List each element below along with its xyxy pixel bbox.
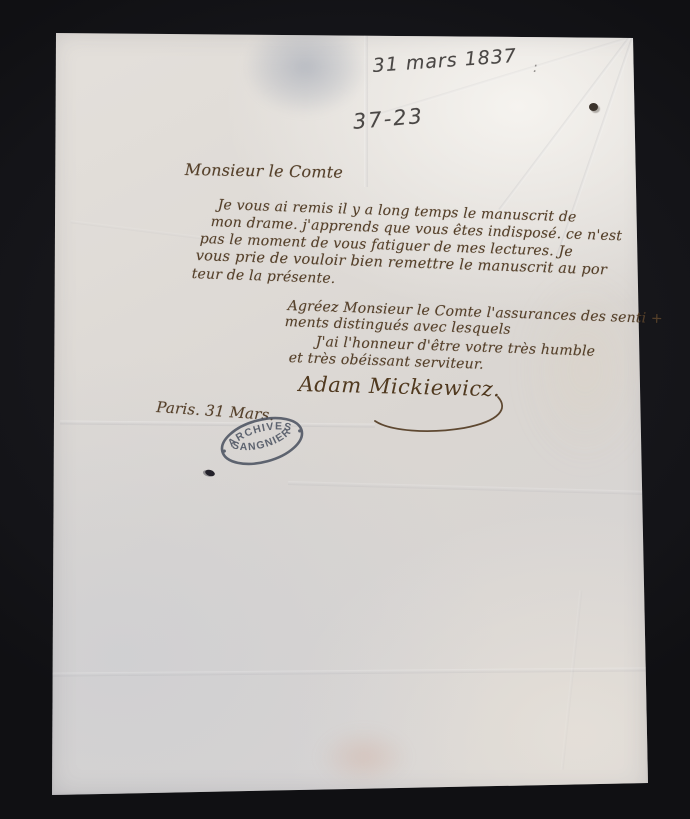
paper-edge-shading	[50, 30, 650, 796]
letter-paper	[50, 30, 650, 796]
signature-flourish	[368, 394, 513, 438]
photograph-background: 31 mars 1837 : 37-23 Monsieur le Comte J…	[0, 0, 690, 819]
letter-salutation: Monsieur le Comte	[185, 160, 343, 182]
pencil-colon-mark: :	[533, 60, 538, 76]
